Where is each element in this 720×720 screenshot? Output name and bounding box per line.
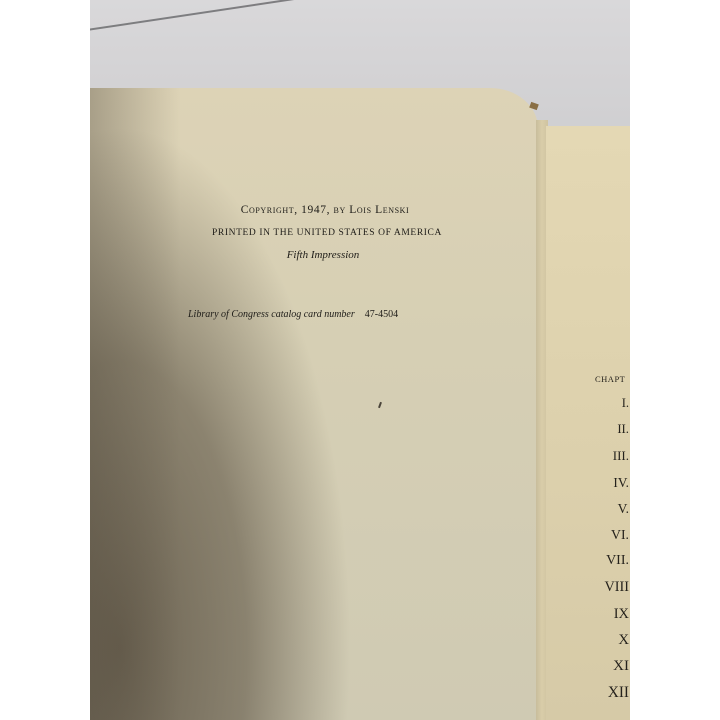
lccn-line: Library of Congress catalog card number4… <box>188 309 398 320</box>
chapter-number: IX <box>581 606 629 623</box>
chapter-number: II. <box>581 422 629 437</box>
chapter-number: I. <box>581 396 629 411</box>
chapter-number: XII <box>581 684 629 702</box>
copyright-line: Copyright, 1947, by Lois Lenski <box>180 204 460 216</box>
chapter-number: VI. <box>581 527 629 543</box>
lccn-label: Library of Congress catalog card number <box>188 309 355 320</box>
chapter-number: X <box>581 632 629 649</box>
edge-shadow <box>90 88 180 720</box>
chapter-number: IV. <box>581 475 629 491</box>
chapter-number: XI <box>581 658 629 675</box>
chapter-number: VII. <box>581 553 629 569</box>
chapter-number: VIII <box>581 579 629 596</box>
contents-heading: Chapt <box>595 374 625 384</box>
impression-line: Fifth Impression <box>180 249 460 261</box>
copyright-block: Copyright, 1947, by Lois Lenski Printed … <box>180 204 460 261</box>
book-photo: Copyright, 1947, by Lois Lenski Printed … <box>90 0 630 720</box>
chapter-number: V. <box>581 501 629 517</box>
lccn-number: 47-4504 <box>365 309 398 320</box>
printed-line: Printed in the United States of America <box>180 228 460 238</box>
chapter-number: III. <box>581 448 629 464</box>
